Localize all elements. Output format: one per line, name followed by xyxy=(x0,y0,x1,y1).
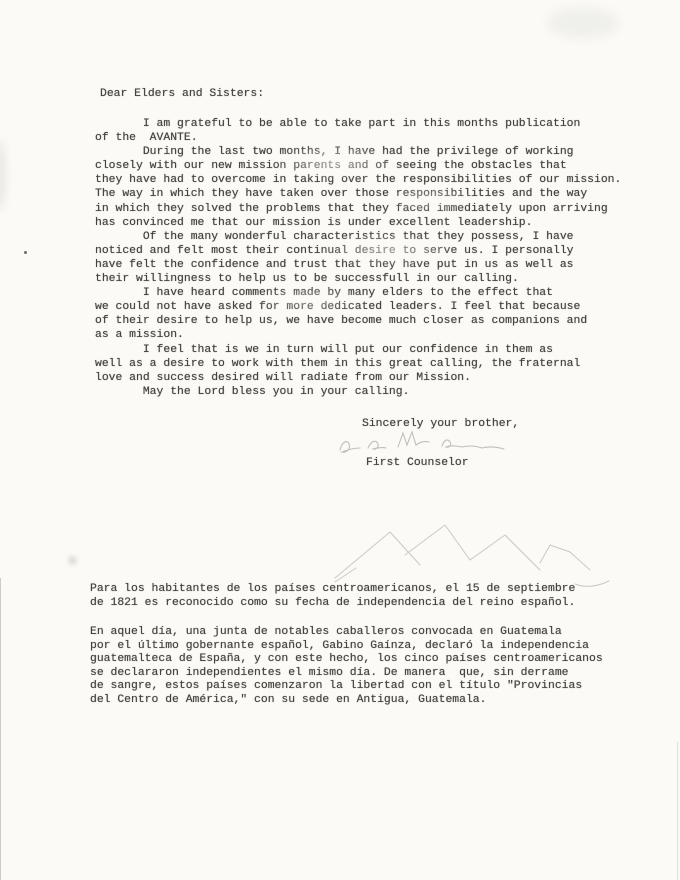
closing-line: Sincerely your brother, xyxy=(362,417,519,431)
handwritten-signature-icon xyxy=(334,430,529,458)
scan-smudge xyxy=(0,140,6,210)
spanish-paragraph-1: Para los habitantes de los países centro… xyxy=(90,583,575,610)
salutation: Dear Elders and Sisters: xyxy=(100,87,264,101)
spanish-paragraph-2: En aquel día, una junta de notables caba… xyxy=(90,626,603,708)
scan-smudge xyxy=(68,556,77,565)
scan-edge-line-right xyxy=(677,742,678,880)
scan-smudge xyxy=(548,8,618,38)
ink-speck xyxy=(24,251,27,254)
letter-body: I am grateful to be able to take part in… xyxy=(95,117,621,399)
scan-edge-line-left xyxy=(0,578,1,880)
signature-title: First Counselor xyxy=(366,456,469,470)
scanned-letter-page: Dear Elders and Sisters: I am grateful t… xyxy=(0,0,680,880)
